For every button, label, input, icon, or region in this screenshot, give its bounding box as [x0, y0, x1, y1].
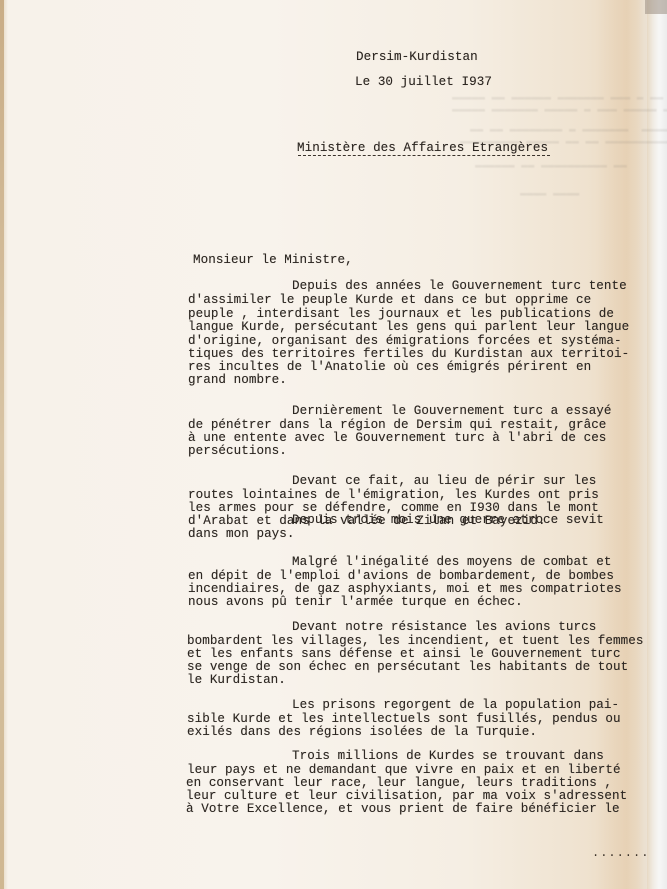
text-line: res incultes de l'Anatolie où ces émigré…: [188, 360, 591, 374]
text-line: Depuis des années le Gouvernement turc t…: [292, 279, 627, 293]
text-line: se venge de son échec en persécutant les…: [187, 660, 628, 674]
text-line: Trois millions de Kurdes se trouvant dan…: [292, 749, 604, 763]
letter: Dersim-Kurdistan Le 30 juillet I937 Mini…: [0, 0, 667, 889]
text-line: en dépit de l'emploi d'avions de bombard…: [188, 569, 614, 583]
recipient-underline: [298, 155, 550, 156]
text-line: langue Kurde, persécutant les gens qui p…: [188, 320, 629, 334]
text-line: d'assimiler le peuple Kurde et dans ce b…: [188, 293, 591, 307]
text-line: Malgré l'inégalité des moyens de combat …: [292, 555, 612, 569]
text-line: à Votre Excellence, et vous prient de fa…: [186, 802, 620, 816]
continuation-dots: .......: [592, 846, 649, 860]
text-line: nous avons pû tenir l'armée turque en éc…: [188, 595, 523, 609]
text-line: Depuis trois mois une guerre atroce sevi…: [292, 513, 604, 527]
text-line: persécutions.: [188, 444, 287, 458]
document-photo: ▬▬▬ ▬▬ ▬ ▬▬▬ ▬▬▬▬▬▬▬ ▬▬▬▬▬▬ ▬▬ ▬▬▬▬▬ ▬▬▬…: [0, 0, 667, 889]
text-line: leur pays et ne demandant que vivre en p…: [187, 763, 621, 777]
text-line: sible Kurde et les intellectuels sont fu…: [187, 712, 621, 726]
text-line: dans mon pays.: [188, 527, 295, 541]
text-line: de pénétrer dans la région de Dersim qui…: [188, 418, 606, 432]
letter-date: Le 30 juillet I937: [355, 75, 492, 89]
text-line: Les prisons regorgent de la population p…: [292, 698, 619, 712]
letter-place: Dersim-Kurdistan: [356, 50, 478, 64]
text-line: peuple , interdisant les journaux et les…: [188, 307, 614, 321]
text-line: leur culture et leur civilisation, par m…: [186, 789, 627, 803]
text-line: exilés dans des régions isolées de la Tu…: [187, 725, 537, 739]
text-line: Devant ce fait, au lieu de périr sur les: [292, 474, 596, 488]
letter-recipient: Ministère des Affaires Etrangères: [297, 141, 548, 155]
text-line: grand nombre.: [188, 373, 287, 387]
text-line: d'origine, organisant des émigrations fo…: [188, 334, 622, 348]
text-line: bombardent les villages, les incendient,…: [187, 634, 643, 648]
text-line: le Kurdistan.: [187, 673, 286, 687]
text-line: incendiaires, de gaz asphyxiants, moi et…: [188, 582, 622, 596]
text-line: routes lointaines de l'émigration, les K…: [188, 488, 599, 502]
text-line: à une entente avec le Gouvernement turc …: [188, 431, 606, 445]
text-line: tiques des territoires fertiles du Kurdi…: [188, 347, 629, 361]
text-line: en conservant leur race, leur langue, le…: [186, 776, 612, 790]
letter-salutation: Monsieur le Ministre,: [193, 253, 353, 267]
text-line: et les enfants sans défense et ainsi le …: [187, 647, 621, 661]
text-line: Dernièrement le Gouvernement turc a essa…: [292, 404, 612, 418]
text-line: Devant notre résistance les avions turcs: [292, 620, 596, 634]
